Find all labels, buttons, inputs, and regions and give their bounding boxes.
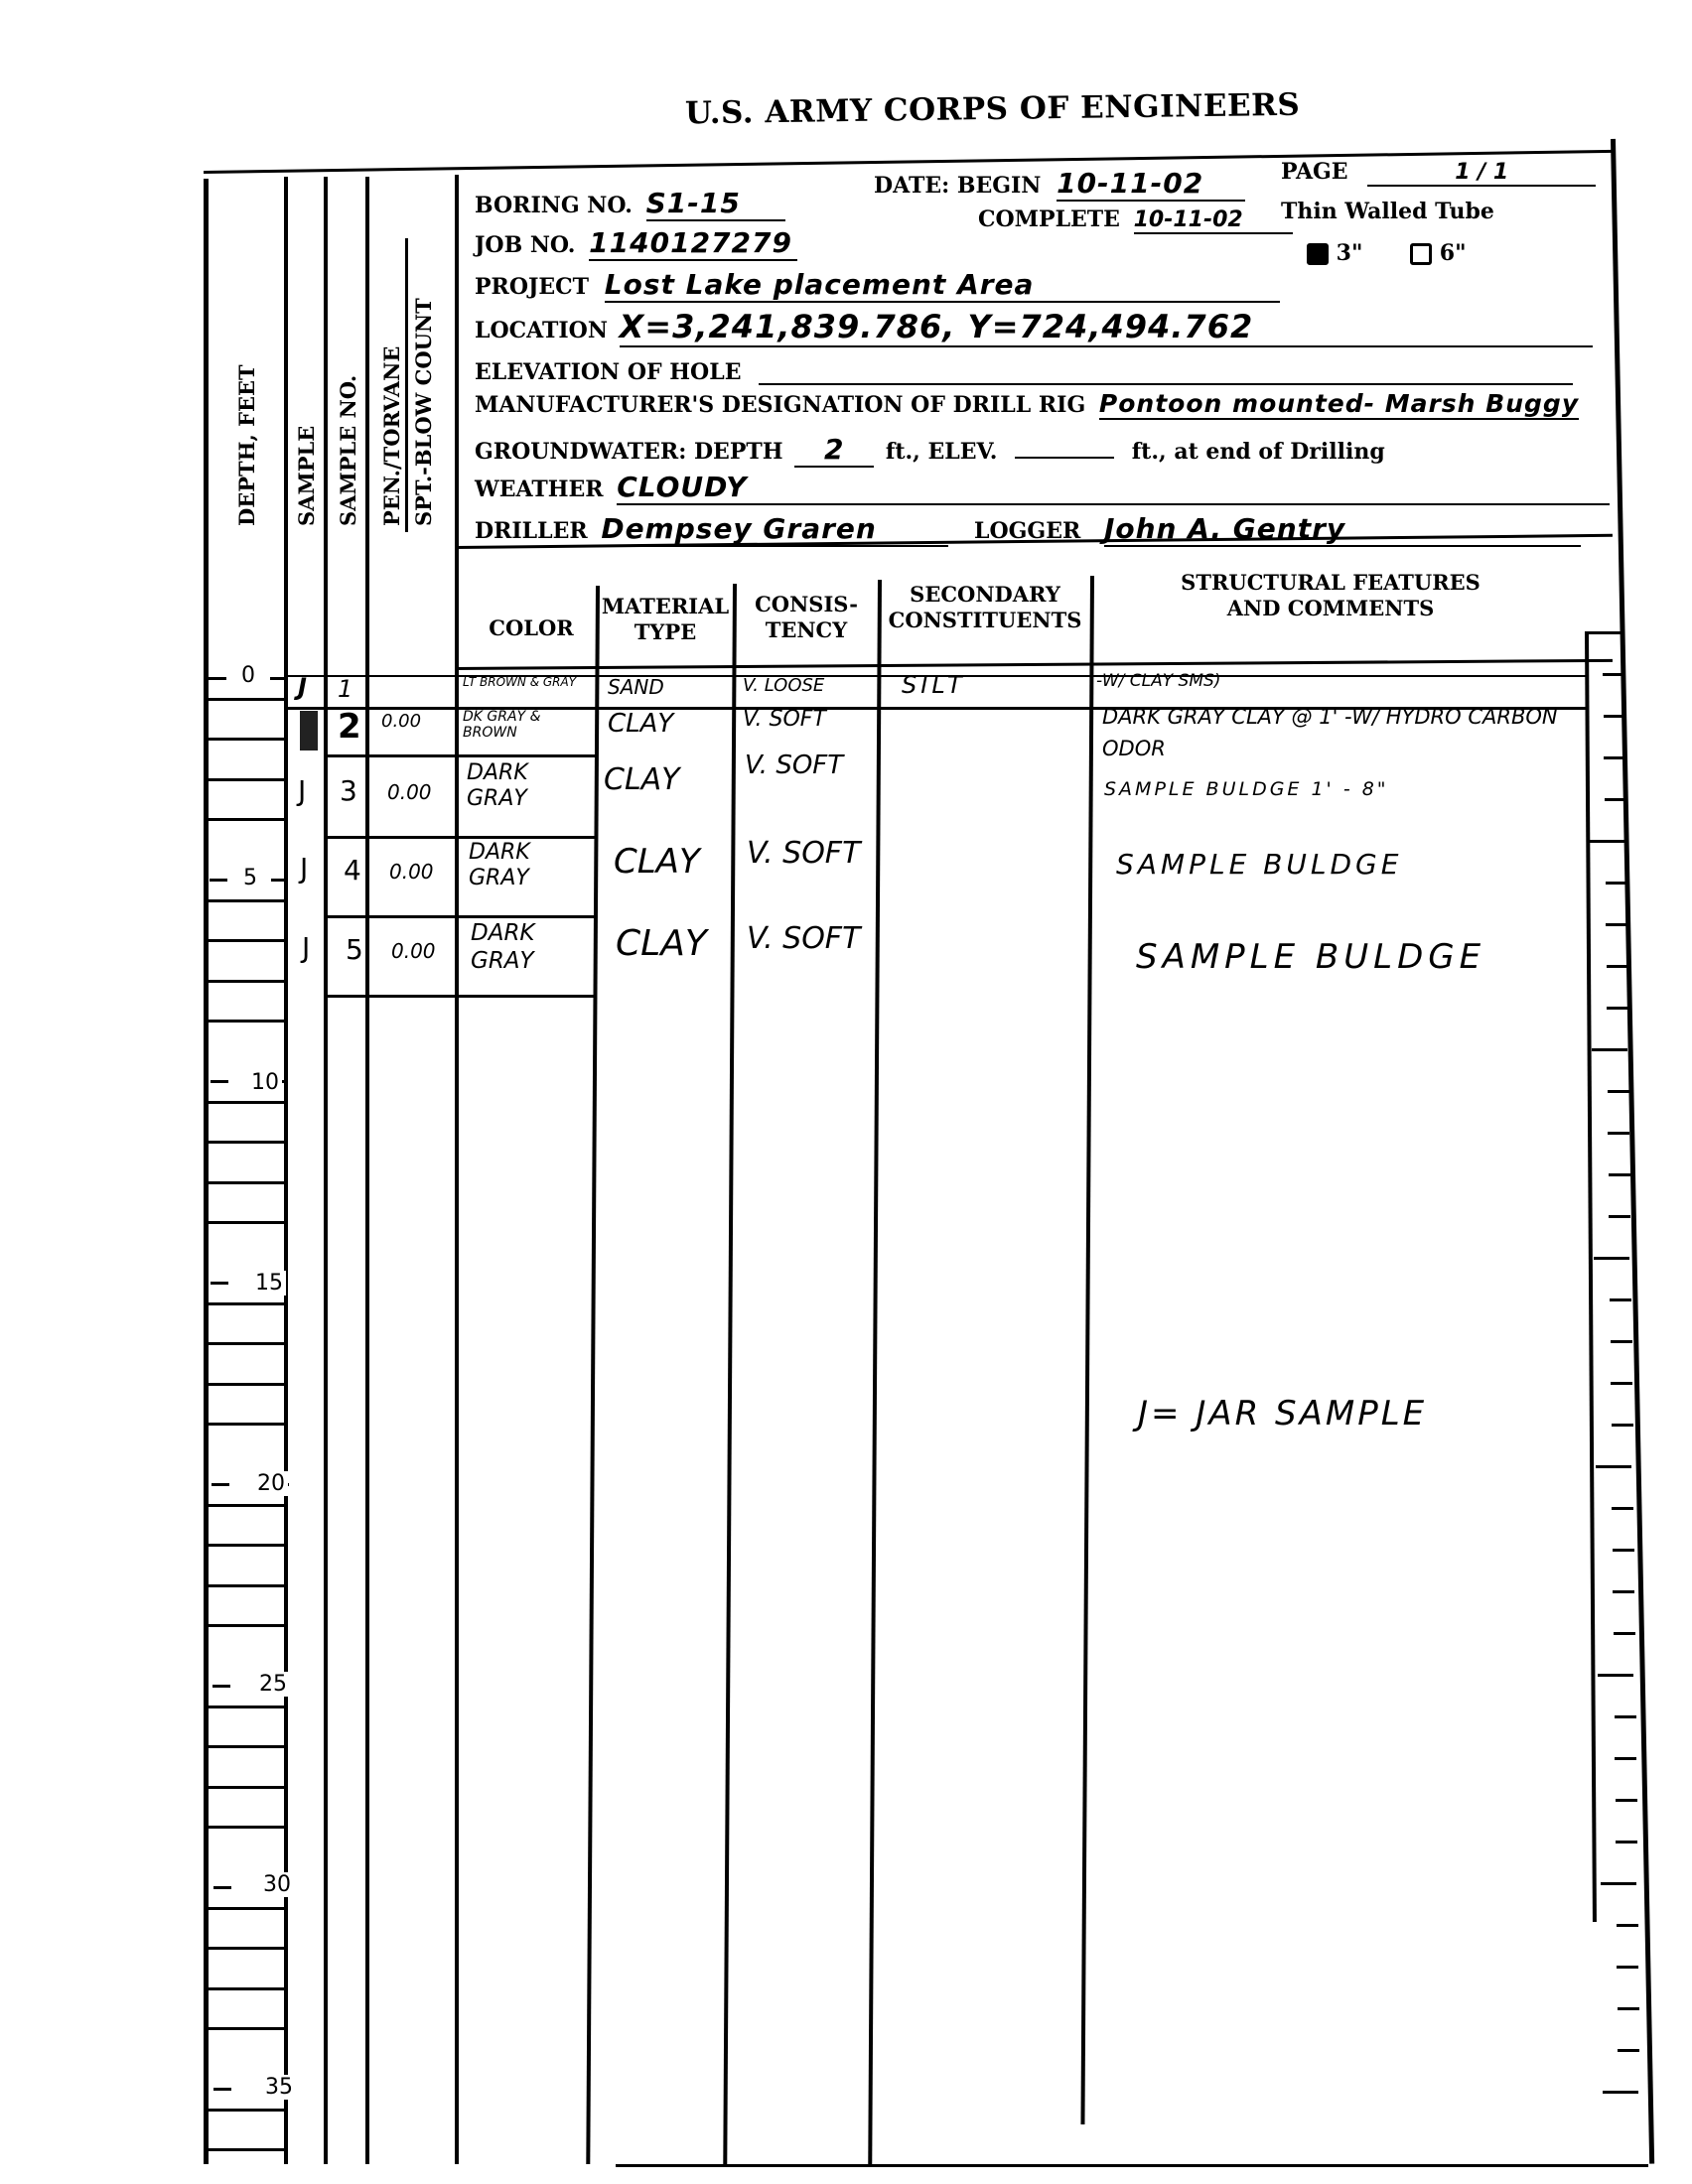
row1-secondary: SILT — [902, 671, 966, 699]
ruler-tick — [1606, 923, 1627, 926]
weather-field: WEATHER CLOUDY — [475, 471, 1610, 505]
row4-comments: SAMPLE BULDGE — [1116, 848, 1402, 881]
job-no-label: JOB NO. — [475, 232, 575, 258]
row1-color: LT BROWN & GRAY — [463, 675, 592, 689]
depth-major-tick — [213, 2088, 231, 2091]
tube-6in-checkbox[interactable] — [1410, 243, 1432, 265]
depth-major-tick — [211, 1483, 229, 1486]
depth-foot-line — [207, 2109, 286, 2112]
logger-value[interactable]: John A. Gentry — [1104, 512, 1581, 547]
row-line-4 — [324, 836, 596, 839]
elevation-field: ELEVATION OF HOLE — [475, 353, 1573, 385]
row2-pen: 0.00 — [381, 711, 421, 732]
ruler-tick — [1607, 965, 1628, 968]
depth-foot-line — [207, 1181, 286, 1184]
date-begin-field: DATE: BEGIN 10-11-02 — [874, 167, 1245, 202]
ruler-tick — [1615, 1757, 1636, 1760]
depth-foot-line — [207, 1947, 286, 1950]
row-line-5 — [324, 915, 596, 918]
tube-3in-label: 3" — [1337, 240, 1363, 266]
ruler-tick — [1603, 673, 1624, 676]
form-right-border — [1611, 139, 1654, 2164]
pen-col-divider — [455, 175, 459, 2164]
depth-label-15: 15 — [252, 1271, 286, 1296]
ruler-tick — [1596, 1465, 1631, 1468]
consistency-header-line2: TENCY — [735, 617, 878, 643]
date-complete-label: COMPLETE — [978, 206, 1120, 232]
row1-sample: J — [298, 673, 307, 701]
elevation-value[interactable] — [759, 353, 1573, 385]
consistency-header: CONSIS- TENCY — [735, 592, 878, 643]
ruler-tick — [1606, 882, 1627, 885]
location-value[interactable]: X=3,241,839.786, Y=724,494.762 — [620, 308, 1593, 347]
depth-foot-line — [207, 1383, 286, 1386]
depth-label-35: 35 — [262, 2075, 296, 2100]
ruler-tick — [1613, 1549, 1634, 1552]
agency-title: U.S. ARMY CORPS OF ENGINEERS — [685, 87, 1301, 132]
page-label: PAGE — [1281, 159, 1348, 185]
row1-consistency: V. LOOSE — [743, 675, 824, 696]
drill-rig-field: MANUFACTURER'S DESIGNATION OF DRILL RIG … — [475, 389, 1579, 420]
material-header-line1: MATERIAL — [598, 594, 733, 619]
ruler-tick — [1617, 1966, 1638, 1969]
sample-header: SAMPLE — [294, 426, 319, 526]
depth-foot-line — [207, 1544, 286, 1547]
ruler-tick — [1616, 1799, 1637, 1802]
depth-foot-line — [207, 778, 286, 781]
ruler-tick — [1604, 715, 1625, 718]
row2-comments: DARK GRAY CLAY @ 1' -W/ HYDRO CARBON ODO… — [1102, 701, 1579, 764]
row4-pen: 0.00 — [389, 860, 434, 884]
ruler-tick — [1608, 1090, 1629, 1093]
tube-6in-label: 6" — [1440, 240, 1467, 266]
depth-foot-line — [207, 1423, 286, 1426]
row4-material: CLAY — [614, 842, 700, 882]
material-type-header: MATERIAL TYPE — [598, 594, 733, 645]
row5-consistency: V. SOFT — [747, 921, 860, 956]
depth-foot-line — [207, 698, 286, 701]
depth-label-25: 25 — [256, 1672, 290, 1697]
page-value[interactable]: 1 / 1 — [1367, 160, 1596, 187]
row-line-6 — [324, 995, 596, 998]
row3-consistency: V. SOFT — [745, 751, 843, 780]
pen-torvane-header: PEN./TORVANE — [379, 346, 404, 526]
depth-col-divider — [284, 177, 288, 2164]
table-header-bottom — [455, 659, 1613, 670]
ruler-tick — [1589, 840, 1624, 843]
depth-foot-line — [207, 2148, 286, 2151]
depth-label-0: 0 — [238, 663, 258, 688]
row3-pen: 0.00 — [387, 780, 432, 804]
form-bottom-border — [616, 2164, 1648, 2167]
sample-no-header: SAMPLE NO. — [336, 375, 360, 526]
legend-note: J= JAR SAMPLE — [1138, 1394, 1427, 1433]
ruler-tick — [1610, 1298, 1631, 1301]
ruler-tick — [1609, 1215, 1630, 1218]
row5-material: CLAY — [616, 923, 707, 964]
depth-foot-line — [207, 1342, 286, 1345]
consistency-col-divider — [868, 580, 882, 2164]
row2-sample-mark — [300, 711, 318, 751]
date-complete-field: COMPLETE 10-11-02 — [978, 206, 1293, 234]
row2-sample-no: 2 — [338, 707, 361, 747]
depth-foot-line — [207, 939, 286, 942]
depth-foot-line — [207, 1101, 286, 1104]
depth-foot-line — [207, 1826, 286, 1829]
depth-foot-line — [207, 1745, 286, 1748]
secondary-header-line2: CONSTITUENTS — [880, 608, 1090, 633]
secondary-constituents-header: SECONDARY CONSTITUENTS — [880, 582, 1090, 633]
sampleno-col-divider — [365, 177, 369, 2164]
project-value[interactable]: Lost Lake placement Area — [605, 268, 1280, 303]
job-no-field: JOB NO. 1140127279 — [475, 226, 797, 261]
depth-foot-line — [207, 1221, 286, 1224]
row-line-3 — [324, 754, 596, 757]
row2-material: CLAY — [608, 709, 673, 739]
groundwater-field: GROUNDWATER: DEPTH 2 ft., ELEV. ft., at … — [475, 433, 1385, 468]
depth-foot-line — [207, 1504, 286, 1507]
ruler-tick — [1605, 798, 1626, 801]
depth-major-tick — [212, 1685, 230, 1688]
boring-no-label: BORING NO. — [475, 193, 633, 218]
row5-comments: SAMPLE BULDGE — [1136, 937, 1485, 977]
depth-foot-line — [207, 818, 286, 821]
row5-sample: J — [302, 931, 310, 964]
depth-foot-line — [207, 980, 286, 983]
ruler-tick — [1611, 1340, 1632, 1343]
row1-comments: -W/ CLAY SMS) — [1096, 671, 1220, 691]
ruler-tick — [1607, 1007, 1628, 1010]
depth-feet-header: DEPTH, FEET — [234, 364, 259, 526]
ruler-tick — [1612, 1424, 1633, 1427]
depth-foot-line — [207, 1624, 286, 1627]
consistency-header-line1: CONSIS- — [735, 592, 878, 617]
ruler-tick — [1603, 2091, 1638, 2094]
row5-color: DARK GRAY — [471, 919, 580, 975]
ruler-tick — [1614, 1632, 1635, 1635]
depth-major-tick — [211, 1282, 228, 1285]
depth-major-tick — [271, 879, 287, 882]
ruler-tick — [1613, 1590, 1634, 1593]
row4-sample-no: 4 — [344, 854, 361, 887]
material-header-line2: TYPE — [598, 619, 733, 645]
structural-features-header: STRUCTURAL FEATURES AND COMMENTS — [1112, 570, 1549, 621]
depth-major-tick — [213, 1886, 231, 1889]
elevation-label: ELEVATION OF HOLE — [475, 359, 741, 385]
secondary-header-line1: SECONDARY — [880, 582, 1090, 608]
depth-label-10: 10 — [248, 1070, 282, 1095]
row4-sample: J — [300, 852, 308, 885]
depth-foot-line — [207, 1302, 286, 1305]
depth-major-tick — [210, 879, 227, 882]
weather-value[interactable]: CLOUDY — [617, 471, 1610, 505]
job-no-value[interactable]: 1140127279 — [589, 226, 797, 261]
ruler-tick — [1611, 1382, 1632, 1385]
ruler-tick — [1609, 1173, 1630, 1176]
tube-3in-checkbox[interactable] — [1307, 243, 1329, 265]
ruler-tick — [1612, 1507, 1633, 1510]
row2-color: DK GRAY & BROWN — [463, 709, 592, 741]
color-col-divider — [586, 586, 600, 2164]
groundwater-ft-label: ft., ELEV. — [886, 439, 998, 465]
ruler-tick — [1598, 1674, 1633, 1677]
ruler-tick — [1618, 2049, 1639, 2052]
row2-consistency: V. SOFT — [743, 707, 826, 732]
depth-foot-line — [207, 1020, 286, 1023]
ruler-tick — [1615, 1715, 1636, 1718]
drill-rig-value[interactable]: Pontoon mounted- Marsh Buggy — [1099, 389, 1579, 420]
date-complete-value[interactable]: 10-11-02 — [1134, 207, 1293, 234]
row5-sample-no: 5 — [346, 933, 363, 966]
project-field: PROJECT Lost Lake placement Area — [475, 268, 1280, 303]
location-label: LOCATION — [475, 318, 608, 343]
row3-comments: SAMPLE BULDGE 1' - 8" — [1104, 778, 1389, 800]
ruler-tick — [1617, 1924, 1638, 1927]
row4-consistency: V. SOFT — [747, 836, 860, 871]
sample-col-divider — [324, 177, 328, 2164]
boring-no-value[interactable]: S1-15 — [646, 187, 785, 221]
row3-sample: J — [298, 774, 306, 807]
weather-label: WEATHER — [475, 477, 604, 502]
ruler-tick — [1601, 1882, 1636, 1885]
drill-rig-label: MANUFACTURER'S DESIGNATION OF DRILL RIG — [475, 392, 1085, 418]
tube-label: Thin Walled Tube — [1281, 199, 1494, 224]
depth-label-30: 30 — [260, 1872, 294, 1897]
depth-foot-line — [207, 738, 286, 741]
driller-label: DRILLER — [475, 518, 588, 544]
structural-header-line2: AND COMMENTS — [1112, 596, 1549, 621]
date-begin-value[interactable]: 10-11-02 — [1057, 167, 1245, 202]
depth-label-20: 20 — [254, 1471, 288, 1496]
material-col-divider — [723, 584, 737, 2164]
row3-sample-no: 3 — [340, 774, 357, 807]
depth-foot-line — [207, 2027, 286, 2030]
project-label: PROJECT — [475, 274, 589, 300]
color-header: COLOR — [467, 615, 596, 641]
ruler-tick — [1608, 1132, 1629, 1135]
form-left-border — [204, 179, 209, 2164]
spt-blow-count-header: SPT.-BLOW COUNT — [411, 298, 436, 526]
ruler-tick — [1604, 756, 1625, 759]
location-field: LOCATION X=3,241,839.786, Y=724,494.762 — [475, 308, 1593, 347]
ruler-tick — [1587, 631, 1622, 634]
depth-major-tick — [270, 677, 286, 680]
ruler-tick — [1592, 1048, 1627, 1051]
row5-pen: 0.00 — [391, 939, 436, 963]
row1-material: SAND — [608, 675, 664, 699]
groundwater-suffix: ft., at end of Drilling — [1132, 439, 1385, 465]
depth-foot-line — [207, 1141, 286, 1144]
depth-major-tick — [211, 1080, 228, 1083]
row4-color: DARK GRAY — [469, 840, 578, 891]
depth-foot-line — [207, 1786, 286, 1789]
depth-foot-line — [207, 1706, 286, 1708]
groundwater-depth-value[interactable]: 2 — [794, 433, 874, 468]
depth-foot-line — [207, 1907, 286, 1910]
structural-header-line1: STRUCTURAL FEATURES — [1112, 570, 1549, 596]
ruler-tick — [1616, 1841, 1637, 1843]
depth-label-5: 5 — [240, 866, 260, 890]
row3-material: CLAY — [604, 762, 680, 797]
ruler-tick — [1618, 2007, 1639, 2010]
row1-sample-no: 1 — [338, 675, 352, 703]
depth-foot-line — [207, 1987, 286, 1990]
ruler-col-divider — [1585, 631, 1597, 1922]
groundwater-label: GROUNDWATER: DEPTH — [475, 439, 783, 465]
secondary-col-divider — [1080, 576, 1094, 2124]
tube-options: 3" 6" — [1307, 240, 1467, 266]
row3-color: DARK GRAY — [467, 760, 576, 812]
groundwater-elev-value[interactable] — [1015, 435, 1114, 459]
date-begin-label: DATE: BEGIN — [874, 173, 1041, 199]
depth-major-tick — [209, 677, 226, 680]
boring-no-field: BORING NO. S1-15 — [475, 187, 785, 221]
depth-foot-line — [207, 1584, 286, 1587]
ruler-tick — [1594, 1257, 1629, 1260]
page-field: PAGE 1 / 1 — [1281, 159, 1596, 187]
pen-spt-divider — [405, 238, 408, 532]
depth-foot-line — [207, 899, 286, 902]
